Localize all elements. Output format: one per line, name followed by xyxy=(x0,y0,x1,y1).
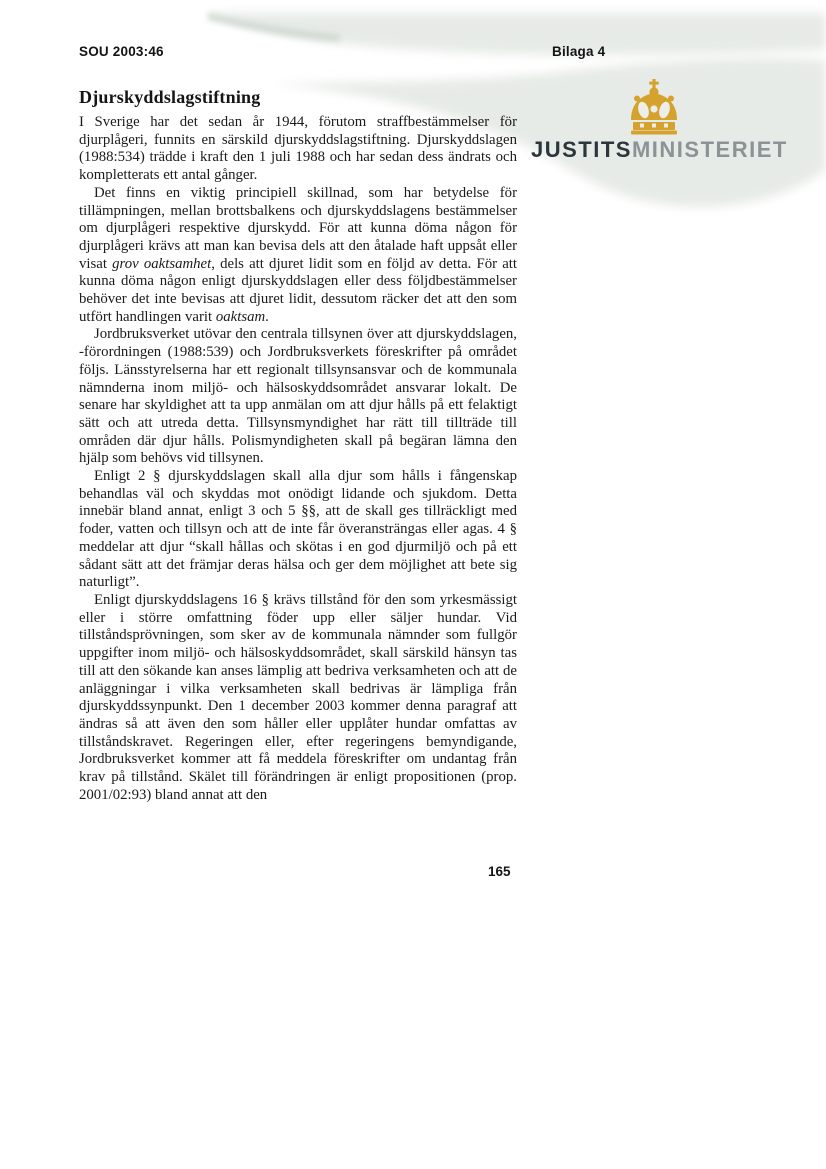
paragraph: Det finns en viktig principiell skillnad… xyxy=(79,185,517,327)
paragraph: Jordbruksverket utövar den centrala till… xyxy=(79,326,517,468)
logo-text-primary: JUSTITS xyxy=(531,137,632,162)
paragraph: Enligt 2 § djurskyddslagen skall alla dj… xyxy=(79,468,517,592)
body-text: I Sverige har det sedan år 1944, förutom… xyxy=(79,114,517,804)
paragraph: I Sverige har det sedan år 1944, förutom… xyxy=(79,114,517,185)
page-number: 165 xyxy=(488,864,511,879)
text-run: . xyxy=(265,309,269,325)
text-run: I Sverige har det sedan år 1944, förutom… xyxy=(79,114,517,183)
text-run: Jordbruksverket utövar den centrala till… xyxy=(79,326,517,466)
emphasized-text: oaktsam xyxy=(216,309,265,325)
logo-wordmark: JUSTITSMINISTERIET xyxy=(531,137,788,163)
text-run: Enligt 2 § djurskyddslagen skall alla dj… xyxy=(79,468,517,590)
logo-text-secondary: MINISTERIET xyxy=(632,137,788,162)
text-run: Enligt djurskyddslagens 16 § krävs tills… xyxy=(79,592,517,803)
document-id: SOU 2003:46 xyxy=(79,44,164,59)
paragraph: Enligt djurskyddslagens 16 § krävs tills… xyxy=(79,592,517,804)
page-title: Djurskyddslagstiftning xyxy=(79,87,260,108)
emphasized-text: grov oaktsamhet xyxy=(112,256,211,272)
appendix-label: Bilaga 4 xyxy=(552,44,605,59)
crown-icon xyxy=(620,79,688,137)
document-page: SOU 2003:46 Bilaga 4 JUSTITS xyxy=(0,0,826,1169)
